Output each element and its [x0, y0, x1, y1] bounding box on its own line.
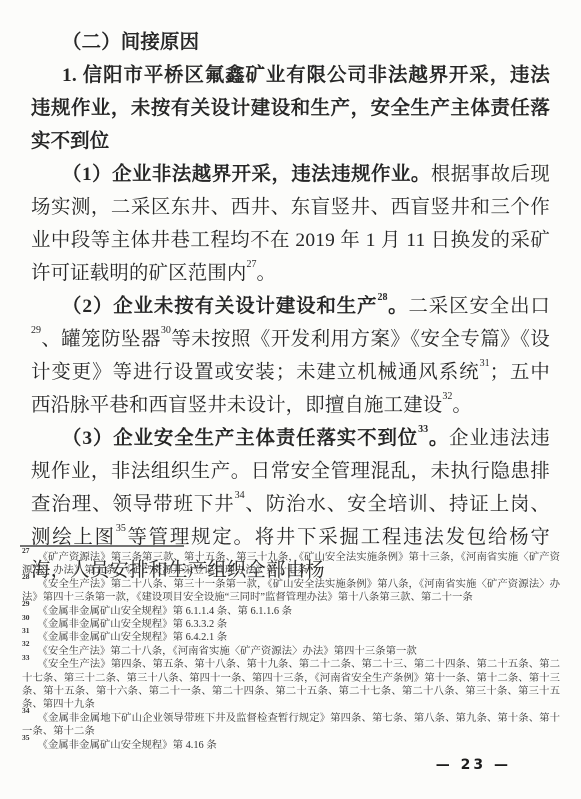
footnote-text: 《金属非金属地下矿山企业领导带班下井及监督检查暂行规定》第四条、第七条、第八条、…	[22, 713, 560, 737]
text-segment: 。	[428, 428, 449, 449]
footnote-item: 32《安全生产法》第二十八条，《河南省实施〈矿产资源法〉办法》第四十三条第一款	[22, 645, 560, 658]
section-heading: （二）间接原因	[31, 26, 550, 59]
text-segment: 。	[387, 296, 408, 317]
footnote-item: 31《金属非金属矿山安全规程》第 6.4.2.1 条	[22, 631, 560, 644]
text-segment: 、罐笼防坠器	[41, 329, 161, 350]
footnote-ref: 35	[116, 523, 126, 534]
body-paragraph: （1）企业非法越界开采，违法违规作业。根据事故后现场实测，二采区东井、西井、东盲…	[31, 158, 550, 290]
text-segment: 1. 信阳市平桥区氟鑫矿业有限公司非法越界开采，违法违规作业，未按有关设计建设和…	[31, 65, 550, 152]
text-segment: （1）企业非法越界开采，违法违规作业。	[62, 164, 431, 185]
page-number: — 23 —	[436, 757, 511, 773]
footnote-item: 29《金属非金属矿山安全规程》第 6.1.1.4 条、第 6.1.1.6 条	[22, 605, 560, 618]
footnote-text: 《矿产资源法》第三条第三款、第十五条、第三十九条，《矿山安全法实施条例》第十三条…	[22, 552, 560, 576]
footnote-ref: 27	[247, 259, 257, 270]
footnote-number: 35	[22, 733, 30, 742]
footnote-number: 31	[22, 626, 30, 635]
footnote-text: 《安全生产法》第四条、第五条、第十八条、第十九条、第二十二条、第二十三、第二十四…	[22, 659, 560, 710]
footnote-item: 34《金属非金属地下矿山企业领导带班下井及监督检查暂行规定》第四条、第七条、第八…	[22, 712, 560, 739]
body-paragraph: （2）企业未按有关设计建设和生产28。二采区安全出口29、罐笼防坠器30等未按照…	[31, 290, 550, 422]
footnote-separator	[20, 545, 184, 547]
footnote-ref: 29	[31, 325, 41, 336]
footnote-item: 35《金属非金属矿山安全规程》第 4.16 条	[22, 739, 560, 752]
text-segment: 二采区安全出口	[408, 296, 550, 317]
footnote-text: 《金属非金属矿山安全规程》第 6.4.2.1 条	[38, 632, 228, 643]
footnote-item: 27《矿产资源法》第三条第三款、第十五条、第三十九条，《矿山安全法实施条例》第十…	[22, 551, 560, 578]
text-segment: 。	[452, 395, 472, 416]
report-body: （二）间接原因1. 信阳市平桥区氟鑫矿业有限公司非法越界开采，违法违规作业，未按…	[31, 26, 550, 587]
body-paragraph: 1. 信阳市平桥区氟鑫矿业有限公司非法越界开采，违法违规作业，未按有关设计建设和…	[31, 59, 550, 158]
footnote-ref: 32	[442, 391, 452, 402]
footnote-ref: 30	[161, 325, 171, 336]
footnote-text: 《安全生产法》第二十八条、第三十一条第一款，《矿山安全法实施条例》第八条，《河南…	[22, 579, 560, 603]
footnote-ref: 31	[480, 358, 490, 369]
footnote-ref: 28	[377, 292, 387, 303]
footnote-number: 32	[22, 639, 30, 648]
footnote-number: 27	[22, 546, 30, 555]
footnote-ref: 33	[418, 424, 428, 435]
document-page: （二）间接原因1. 信阳市平桥区氟鑫矿业有限公司非法越界开采，违法违规作业，未按…	[0, 0, 581, 799]
footnote-text: 《金属非金属矿山安全规程》第 6.3.3.2 条	[38, 619, 228, 630]
footnote-text: 《安全生产法》第二十八条，《河南省实施〈矿产资源法〉办法》第四十三条第一款	[38, 646, 417, 657]
footnote-item: 33《安全生产法》第四条、第五条、第十八条、第十九条、第二十二条、第二十三、第二…	[22, 658, 560, 712]
text-segment: （2）企业未按有关设计建设和生产	[62, 296, 377, 317]
footnote-text: 《金属非金属矿山安全规程》第 6.1.1.4 条、第 6.1.1.6 条	[38, 606, 293, 617]
text-segment: （二）间接原因	[62, 32, 199, 53]
footnote-item: 28《安全生产法》第二十八条、第三十一条第一款，《矿山安全法实施条例》第八条，《…	[22, 578, 560, 605]
footnote-number: 29	[22, 599, 30, 608]
footnote-item: 30《金属非金属矿山安全规程》第 6.3.3.2 条	[22, 618, 560, 631]
footnote-number: 28	[22, 572, 30, 581]
footnote-ref: 34	[235, 490, 245, 501]
footnote-number: 30	[22, 613, 30, 622]
text-segment: （3）企业安全生产主体责任落实不到位	[62, 428, 418, 449]
footnote-text: 《金属非金属矿山安全规程》第 4.16 条	[38, 740, 217, 751]
footnotes: 27《矿产资源法》第三条第三款、第十五条、第三十九条，《矿山安全法实施条例》第十…	[22, 551, 560, 752]
text-segment: 。	[257, 263, 277, 284]
footnote-number: 33	[22, 653, 30, 662]
footnote-number: 34	[22, 706, 30, 715]
